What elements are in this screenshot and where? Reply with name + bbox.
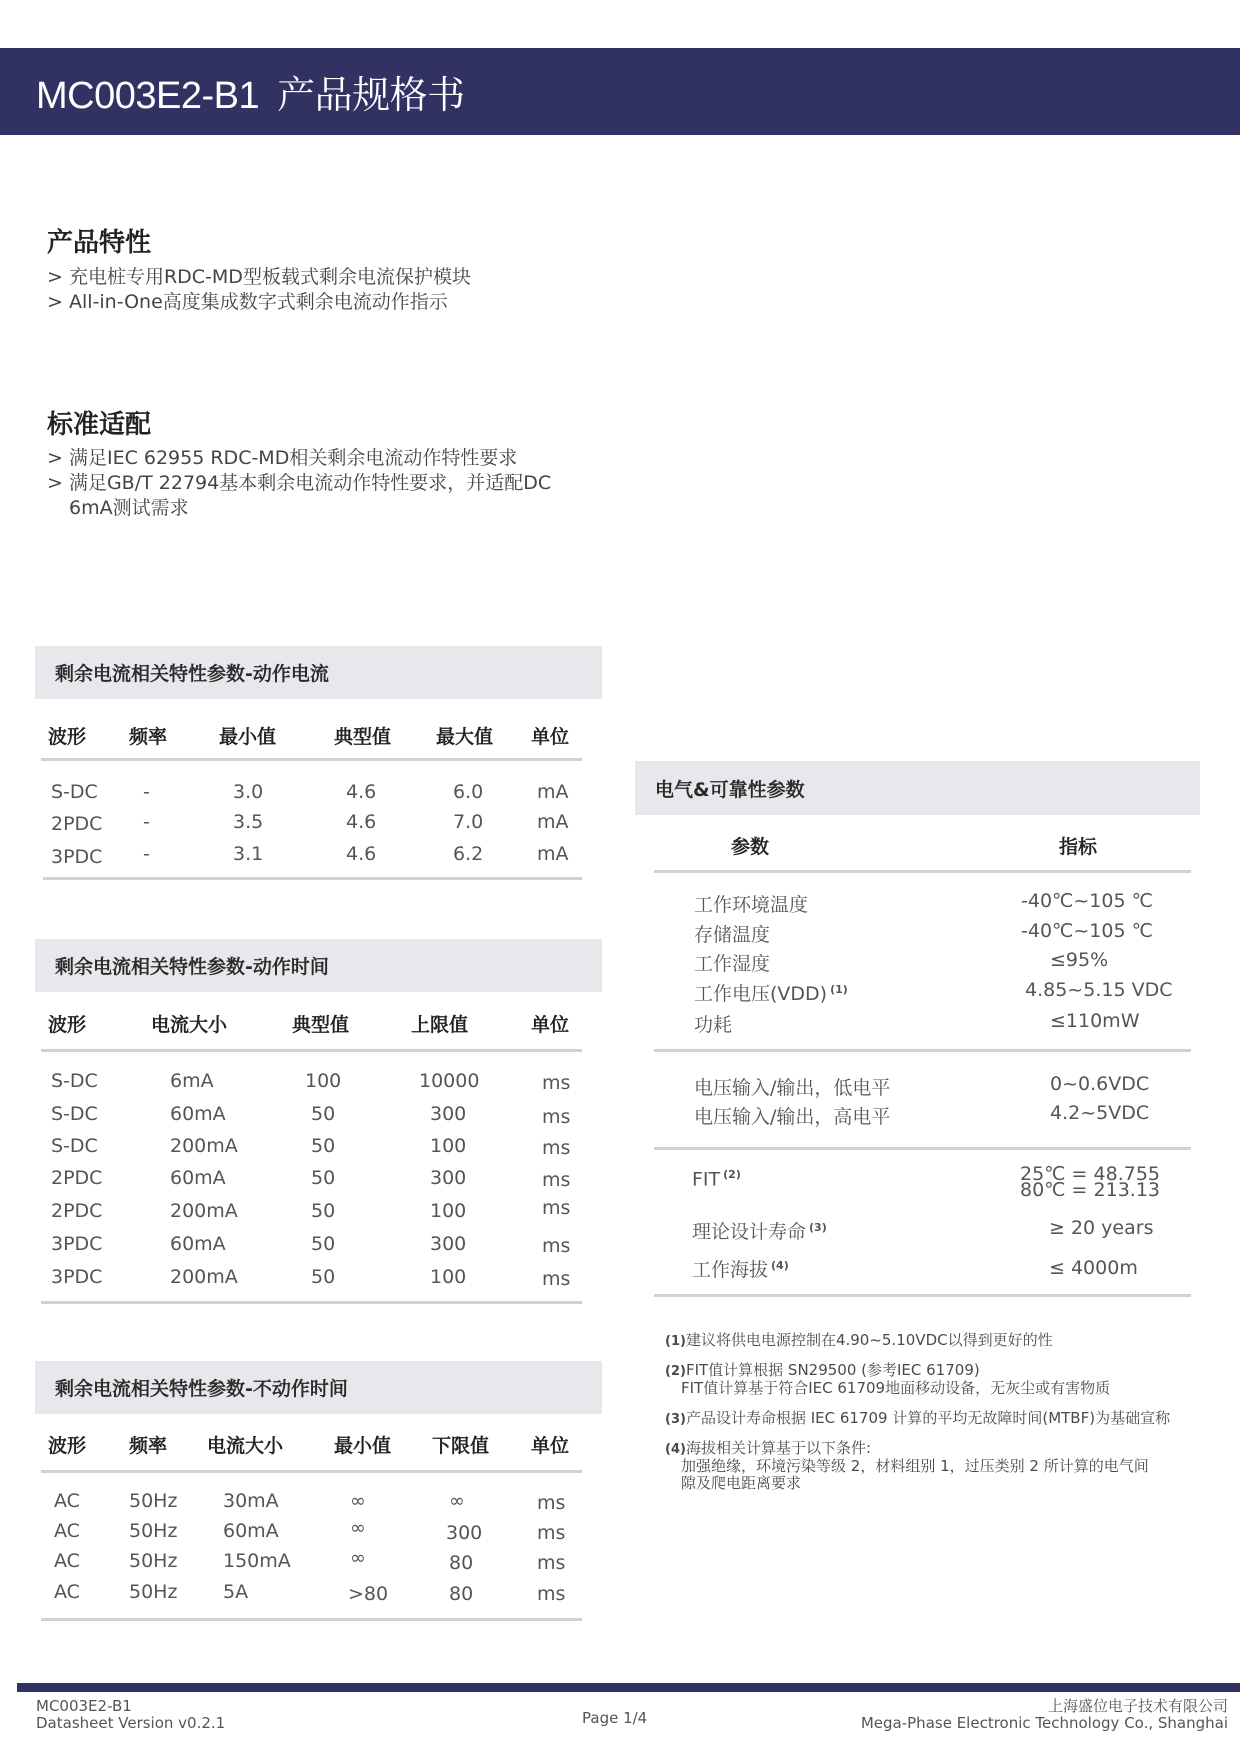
param-value: ≤ 4000m bbox=[1049, 1257, 1138, 1279]
cell: ∞ bbox=[350, 1490, 366, 1512]
param-text: FIT bbox=[692, 1168, 720, 1190]
param-value: 4.2~5VDC bbox=[1050, 1102, 1149, 1124]
footnote-num: (3) bbox=[665, 1412, 686, 1427]
group-divider bbox=[654, 1147, 1191, 1150]
cell: S-DC bbox=[51, 1070, 98, 1092]
col-header: 频率 bbox=[129, 722, 167, 749]
footnote-text: 产品设计寿命根据 IEC 61709 计算的平均无故障时间(MTBF)为基础宣称 bbox=[686, 1409, 1170, 1427]
col-header: 波形 bbox=[48, 722, 86, 749]
col-header: 典型值 bbox=[292, 1010, 349, 1037]
cell: 6.2 bbox=[453, 843, 483, 865]
param-value: -40℃~105 ℃ bbox=[1021, 920, 1153, 942]
cell: 60mA bbox=[170, 1167, 226, 1189]
cell: ms bbox=[542, 1072, 570, 1094]
param-label: 工作电压(VDD)(1) bbox=[694, 979, 848, 1006]
cell: 2PDC bbox=[51, 1200, 102, 1222]
param-value: 0~0.6VDC bbox=[1050, 1073, 1149, 1095]
cell: 200mA bbox=[170, 1200, 238, 1222]
cell: 4.6 bbox=[346, 843, 376, 865]
footer-bar bbox=[17, 1683, 1240, 1692]
operating-time-title: 剩余电流相关特性参数-动作时间 bbox=[35, 939, 602, 992]
features-title: 产品特性 bbox=[47, 222, 151, 259]
footnote-4: (4)海拔相关计算基于以下条件: 加强绝缘，环境污染等级 2，材料组别 1，过压… bbox=[665, 1440, 1149, 1492]
operating-current-title: 剩余电流相关特性参数-动作电流 bbox=[35, 646, 602, 699]
cell: ms bbox=[542, 1106, 570, 1128]
cell: ∞ bbox=[449, 1490, 465, 1512]
footnote-ref: (4) bbox=[771, 1259, 789, 1272]
cell: mA bbox=[537, 811, 569, 833]
feature-item: > All-in-One高度集成数字式剩余电流动作指示 bbox=[47, 290, 471, 315]
param-value: -40℃~105 ℃ bbox=[1021, 890, 1153, 912]
cell: 4.6 bbox=[346, 811, 376, 833]
cell: 100 bbox=[305, 1070, 341, 1092]
cell: 60mA bbox=[170, 1103, 226, 1125]
col-header: 最大值 bbox=[436, 722, 493, 749]
footnote-text: 建议将供电电源控制在4.90~5.10VDC以得到更好的性 bbox=[686, 1331, 1053, 1349]
col-header: 频率 bbox=[129, 1431, 167, 1458]
param-text: 理论设计寿命 bbox=[692, 1221, 806, 1243]
header-divider bbox=[41, 1470, 582, 1473]
cell: ms bbox=[542, 1169, 570, 1191]
footnote-ref: (1) bbox=[830, 983, 848, 996]
cell: 3PDC bbox=[51, 1266, 102, 1288]
non-operating-time-title: 剩余电流相关特性参数-不动作时间 bbox=[35, 1361, 602, 1414]
cell: 3PDC bbox=[51, 1233, 102, 1255]
footnote-num: (2) bbox=[665, 1364, 686, 1379]
cell: 50Hz bbox=[129, 1520, 177, 1542]
footer-model: MC003E2-B1 bbox=[36, 1698, 225, 1715]
cell: 50Hz bbox=[129, 1490, 177, 1512]
param-label: 存储温度 bbox=[694, 920, 770, 947]
header-divider bbox=[41, 1049, 582, 1052]
group-divider bbox=[654, 1049, 1191, 1052]
footer-version: Datasheet Version v0.2.1 bbox=[36, 1715, 225, 1732]
cell: - bbox=[143, 843, 150, 865]
param-text: 工作海拔 bbox=[692, 1259, 768, 1281]
cell: ms bbox=[542, 1235, 570, 1257]
cell: mA bbox=[537, 843, 569, 865]
param-value: ≤95% bbox=[1050, 949, 1108, 971]
param-label: 理论设计寿命(3) bbox=[692, 1217, 827, 1244]
document-title: MC003E2-B1产品规格书 bbox=[36, 64, 465, 119]
param-label: 电压输入/输出，低电平 bbox=[694, 1073, 890, 1100]
features-list: > 充电桩专用RDC-MD型板载式剩余电流保护模块 > All-in-One高度… bbox=[47, 265, 471, 315]
cell: 5A bbox=[223, 1581, 248, 1603]
cell: 50Hz bbox=[129, 1550, 177, 1572]
cell: AC bbox=[54, 1490, 80, 1512]
model-name: MC003E2-B1 bbox=[36, 75, 259, 117]
page-number: Page 1/4 bbox=[582, 1710, 647, 1727]
cell: 300 bbox=[446, 1522, 482, 1544]
cell: AC bbox=[54, 1520, 80, 1542]
cell: ms bbox=[537, 1583, 565, 1605]
cell: 50 bbox=[311, 1167, 335, 1189]
cell: ms bbox=[542, 1197, 570, 1219]
header-divider bbox=[654, 870, 1191, 873]
footnote-num: (1) bbox=[665, 1334, 686, 1349]
footnote-ref: (2) bbox=[723, 1168, 741, 1181]
cell: 100 bbox=[430, 1135, 466, 1157]
param-value: ≥ 20 years bbox=[1049, 1217, 1153, 1239]
footnote-1: (1)建议将供电电源控制在4.90~5.10VDC以得到更好的性 bbox=[665, 1332, 1053, 1350]
cell: >80 bbox=[348, 1583, 388, 1605]
col-header: 电流大小 bbox=[151, 1010, 227, 1037]
cell: 3.1 bbox=[233, 843, 263, 865]
cell: 6mA bbox=[170, 1070, 214, 1092]
col-header: 单位 bbox=[531, 1431, 569, 1458]
col-header: 波形 bbox=[48, 1010, 86, 1037]
feature-item: > 充电桩专用RDC-MD型板载式剩余电流保护模块 bbox=[47, 265, 471, 290]
footnote-text: FIT值计算基于符合IEC 61709地面移动设备，无灰尘或有害物质 bbox=[665, 1380, 1110, 1397]
cell: AC bbox=[54, 1550, 80, 1572]
cell: S-DC bbox=[51, 1135, 98, 1157]
param-label: 工作湿度 bbox=[694, 949, 770, 976]
cell: 10000 bbox=[419, 1070, 479, 1092]
cell: 100 bbox=[430, 1266, 466, 1288]
cell: 2PDC bbox=[51, 813, 102, 835]
cell: mA bbox=[537, 781, 569, 803]
standards-title: 标准适配 bbox=[47, 404, 151, 441]
cell: ms bbox=[537, 1492, 565, 1514]
param-label: FIT(2) bbox=[692, 1168, 741, 1190]
cell: 60mA bbox=[170, 1233, 226, 1255]
footnote-3: (3)产品设计寿命根据 IEC 61709 计算的平均无故障时间(MTBF)为基… bbox=[665, 1410, 1170, 1428]
cell: 7.0 bbox=[453, 811, 483, 833]
cell: 80 bbox=[449, 1583, 473, 1605]
param-label: 电压输入/输出，高电平 bbox=[694, 1102, 890, 1129]
cell: 80 bbox=[449, 1552, 473, 1574]
table-bottom-rule bbox=[41, 1618, 582, 1621]
footer-left: MC003E2-B1 Datasheet Version v0.2.1 bbox=[36, 1698, 225, 1732]
table-bottom-rule bbox=[41, 1301, 582, 1304]
cell: 30mA bbox=[223, 1490, 279, 1512]
cell: 300 bbox=[430, 1167, 466, 1189]
param-value: 25℃ = 48.755 80℃ = 213.13 bbox=[1020, 1166, 1160, 1198]
param-text: 工作电压(VDD) bbox=[694, 983, 827, 1005]
param-label: 工作环境温度 bbox=[694, 890, 808, 917]
cell: S-DC bbox=[51, 781, 98, 803]
standard-item: > 满足IEC 62955 RDC-MD相关剩余电流动作特性要求 bbox=[47, 446, 551, 471]
footnote-text: 海拔相关计算基于以下条件: bbox=[686, 1439, 871, 1457]
col-header-param: 参数 bbox=[731, 832, 769, 859]
footnote-text: 隙及爬电距离要求 bbox=[665, 1475, 1149, 1492]
cell: 2PDC bbox=[51, 1167, 102, 1189]
company-name-en: Mega-Phase Electronic Technology Co., Sh… bbox=[861, 1715, 1228, 1732]
col-header-value: 指标 bbox=[1059, 832, 1097, 859]
param-label: 功耗 bbox=[694, 1010, 732, 1037]
standard-item: > 满足GB/T 22794基本剩余电流动作特性要求，并适配DC bbox=[47, 471, 551, 496]
table-bottom-rule bbox=[43, 877, 582, 880]
col-header: 单位 bbox=[531, 1010, 569, 1037]
col-header: 电流大小 bbox=[207, 1431, 283, 1458]
cell: 50 bbox=[311, 1233, 335, 1255]
cell: 100 bbox=[430, 1200, 466, 1222]
cell: 50 bbox=[311, 1266, 335, 1288]
cell: - bbox=[143, 781, 150, 803]
company-name-cn: 上海盛位电子技术有限公司 bbox=[861, 1698, 1228, 1715]
standard-item-cont: 6mA测试需求 bbox=[47, 496, 551, 521]
cell: 50 bbox=[311, 1103, 335, 1125]
cell: S-DC bbox=[51, 1103, 98, 1125]
footnote-text: FIT值计算根据 SN29500 (参考IEC 61709) bbox=[686, 1361, 980, 1379]
cell: 200mA bbox=[170, 1135, 238, 1157]
fit-80c: 80℃ = 213.13 bbox=[1020, 1182, 1160, 1198]
col-header: 典型值 bbox=[334, 722, 391, 749]
cell: 300 bbox=[430, 1233, 466, 1255]
cell: 4.6 bbox=[346, 781, 376, 803]
cell: ms bbox=[537, 1552, 565, 1574]
cell: ∞ bbox=[350, 1517, 366, 1539]
param-label: 工作海拔(4) bbox=[692, 1255, 789, 1282]
col-header: 上限值 bbox=[411, 1010, 468, 1037]
cell: 50Hz bbox=[129, 1581, 177, 1603]
title-cn: 产品规格书 bbox=[277, 75, 465, 117]
cell: 150mA bbox=[223, 1550, 291, 1572]
cell: 3.0 bbox=[233, 781, 263, 803]
cell: ms bbox=[542, 1268, 570, 1290]
header-divider bbox=[41, 758, 582, 761]
param-value: 4.85~5.15 VDC bbox=[1025, 979, 1172, 1001]
cell: ms bbox=[542, 1137, 570, 1159]
footnote-2: (2)FIT值计算根据 SN29500 (参考IEC 61709) FIT值计算… bbox=[665, 1362, 1110, 1397]
cell: 6.0 bbox=[453, 781, 483, 803]
table-bottom-rule bbox=[654, 1294, 1191, 1297]
param-value: ≤110mW bbox=[1050, 1010, 1139, 1032]
col-header: 波形 bbox=[48, 1431, 86, 1458]
col-header: 下限值 bbox=[432, 1431, 489, 1458]
cell: 200mA bbox=[170, 1266, 238, 1288]
cell: 3PDC bbox=[51, 846, 102, 868]
cell: - bbox=[143, 811, 150, 833]
footer-company: 上海盛位电子技术有限公司 Mega-Phase Electronic Techn… bbox=[861, 1698, 1228, 1732]
cell: ∞ bbox=[350, 1547, 366, 1569]
col-header: 最小值 bbox=[334, 1431, 391, 1458]
footnote-ref: (3) bbox=[809, 1221, 827, 1234]
footnote-text: 加强绝缘，环境污染等级 2，材料组别 1，过压类别 2 所计算的电气间 bbox=[665, 1458, 1149, 1475]
cell: ms bbox=[537, 1522, 565, 1544]
cell: 3.5 bbox=[233, 811, 263, 833]
cell: 50 bbox=[311, 1135, 335, 1157]
footnote-num: (4) bbox=[665, 1442, 686, 1457]
col-header: 最小值 bbox=[219, 722, 276, 749]
electrical-title: 电气&可靠性参数 bbox=[635, 761, 1200, 815]
standards-list: > 满足IEC 62955 RDC-MD相关剩余电流动作特性要求 > 满足GB/… bbox=[47, 446, 551, 521]
cell: 300 bbox=[430, 1103, 466, 1125]
cell: 50 bbox=[311, 1200, 335, 1222]
cell: 60mA bbox=[223, 1520, 279, 1542]
cell: AC bbox=[54, 1581, 80, 1603]
col-header: 单位 bbox=[531, 722, 569, 749]
